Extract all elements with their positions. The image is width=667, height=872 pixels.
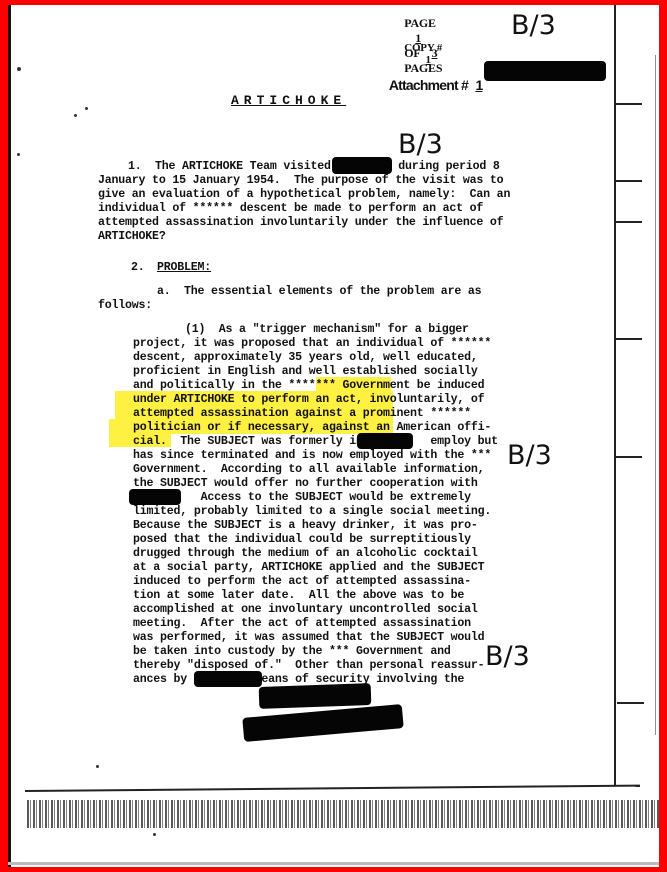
- text-line: meeting. After the act of attempted assa…: [133, 617, 471, 630]
- text-line: has since terminated and is now employed…: [133, 449, 491, 462]
- copy-label: COPY #: [404, 42, 442, 54]
- text-line: drugged through the medium of an alcohol…: [133, 547, 478, 560]
- margin-line: [614, 5, 616, 785]
- page-edge: [8, 862, 659, 865]
- text-line: descent, approximately 35 years old, wel…: [133, 351, 478, 364]
- handwritten-exemption-para1: B/3: [398, 129, 443, 160]
- text-line: proficient in English and well establish…: [133, 365, 478, 378]
- para-a-line: a. The essential elements of the problem…: [157, 285, 481, 298]
- margin-tick: [615, 456, 642, 458]
- margin-line: [655, 55, 656, 735]
- text-line: was performed, it was assumed that the S…: [133, 631, 484, 644]
- text-line: attempted assassination against a promin…: [133, 407, 471, 420]
- redaction-block: [242, 704, 403, 742]
- text-line: cial. The SUBJECT was formerly in employ…: [133, 435, 498, 448]
- text-line: under ARTICHOKE to perform an act, invol…: [133, 393, 484, 406]
- text-line: tion at some later date. All the above w…: [133, 589, 464, 602]
- text-line: be taken into custody by the *** Governm…: [133, 645, 451, 658]
- text-line: project, it was proposed that an individ…: [133, 337, 491, 350]
- redaction-agency: [194, 671, 262, 687]
- text-line: at a social party, ARTICHOKE applied and…: [133, 561, 484, 574]
- text-line: induced to perform the act of attempted …: [133, 575, 471, 588]
- text-line: ances by means of security involving the: [133, 673, 464, 686]
- text-line: individual of ****** descent be made to …: [98, 202, 483, 215]
- text-line: January to 15 January 1954. The purpose …: [98, 174, 503, 187]
- speck: [96, 765, 99, 768]
- handwritten-exemption-bottom: B/3: [485, 641, 530, 672]
- document-title: ARTICHOKE: [231, 93, 346, 108]
- redaction-organization: [129, 489, 181, 505]
- page-label: PAGE: [404, 16, 436, 30]
- section-2-heading: PROBLEM:: [157, 261, 211, 274]
- text-line: limited, probably limited to a single so…: [133, 505, 491, 518]
- redaction-employer: [357, 433, 413, 449]
- speck: [17, 67, 21, 71]
- redaction-block: [259, 683, 372, 709]
- attachment-label: Attachment #: [389, 77, 468, 93]
- text-line: accomplished at one involuntary uncontro…: [133, 603, 478, 616]
- margin-tick: [615, 180, 642, 182]
- text-line: politician or if necessary, against an A…: [133, 421, 491, 434]
- speck: [85, 107, 88, 110]
- handwritten-exemption-middle: B/3: [507, 440, 552, 471]
- text-line: (1) As a "trigger mechanism" for a bigge…: [185, 323, 469, 336]
- text-line: give an evaluation of a hypothetical pro…: [98, 188, 510, 201]
- speck: [17, 153, 20, 156]
- margin-tick: [615, 103, 642, 105]
- attachment-indicator: Attachment #1: [377, 61, 490, 109]
- text-line: ARTICHOKE?: [98, 230, 166, 243]
- margin-tick: [615, 338, 642, 340]
- redaction-location: [332, 157, 392, 174]
- scan-noise-band: [27, 800, 659, 828]
- text-line: and politically in the ******* Governmen…: [133, 379, 484, 392]
- margin-tick: [617, 702, 644, 704]
- margin-tick: [615, 221, 642, 223]
- speck: [74, 114, 77, 117]
- bottom-rule: [25, 785, 640, 792]
- text-line: 1. The ARTICHOKE Team visited during per…: [128, 160, 500, 173]
- handwritten-exemption-top: B/3: [511, 10, 556, 41]
- text-line: attempted assassination involuntarily un…: [98, 216, 503, 229]
- text-line: the SUBJECT would offer no further coope…: [133, 477, 478, 490]
- text-line: Access to the SUBJECT would be extremely: [133, 491, 471, 504]
- document-page: PAGE 1 OF3 PAGES COPY # 1 Attachment #1 …: [8, 5, 659, 867]
- text-line: thereby "disposed of." Other than person…: [133, 659, 484, 672]
- speck: [153, 833, 156, 836]
- text-line: posed that the individual could be surre…: [133, 533, 471, 546]
- para-a-line: follows:: [98, 299, 152, 312]
- redaction-attachment: [484, 61, 606, 81]
- text-line: Because the SUBJECT is a heavy drinker, …: [133, 519, 478, 532]
- text-line: Government. According to all available i…: [133, 463, 484, 476]
- section-2-number: 2.: [131, 261, 145, 274]
